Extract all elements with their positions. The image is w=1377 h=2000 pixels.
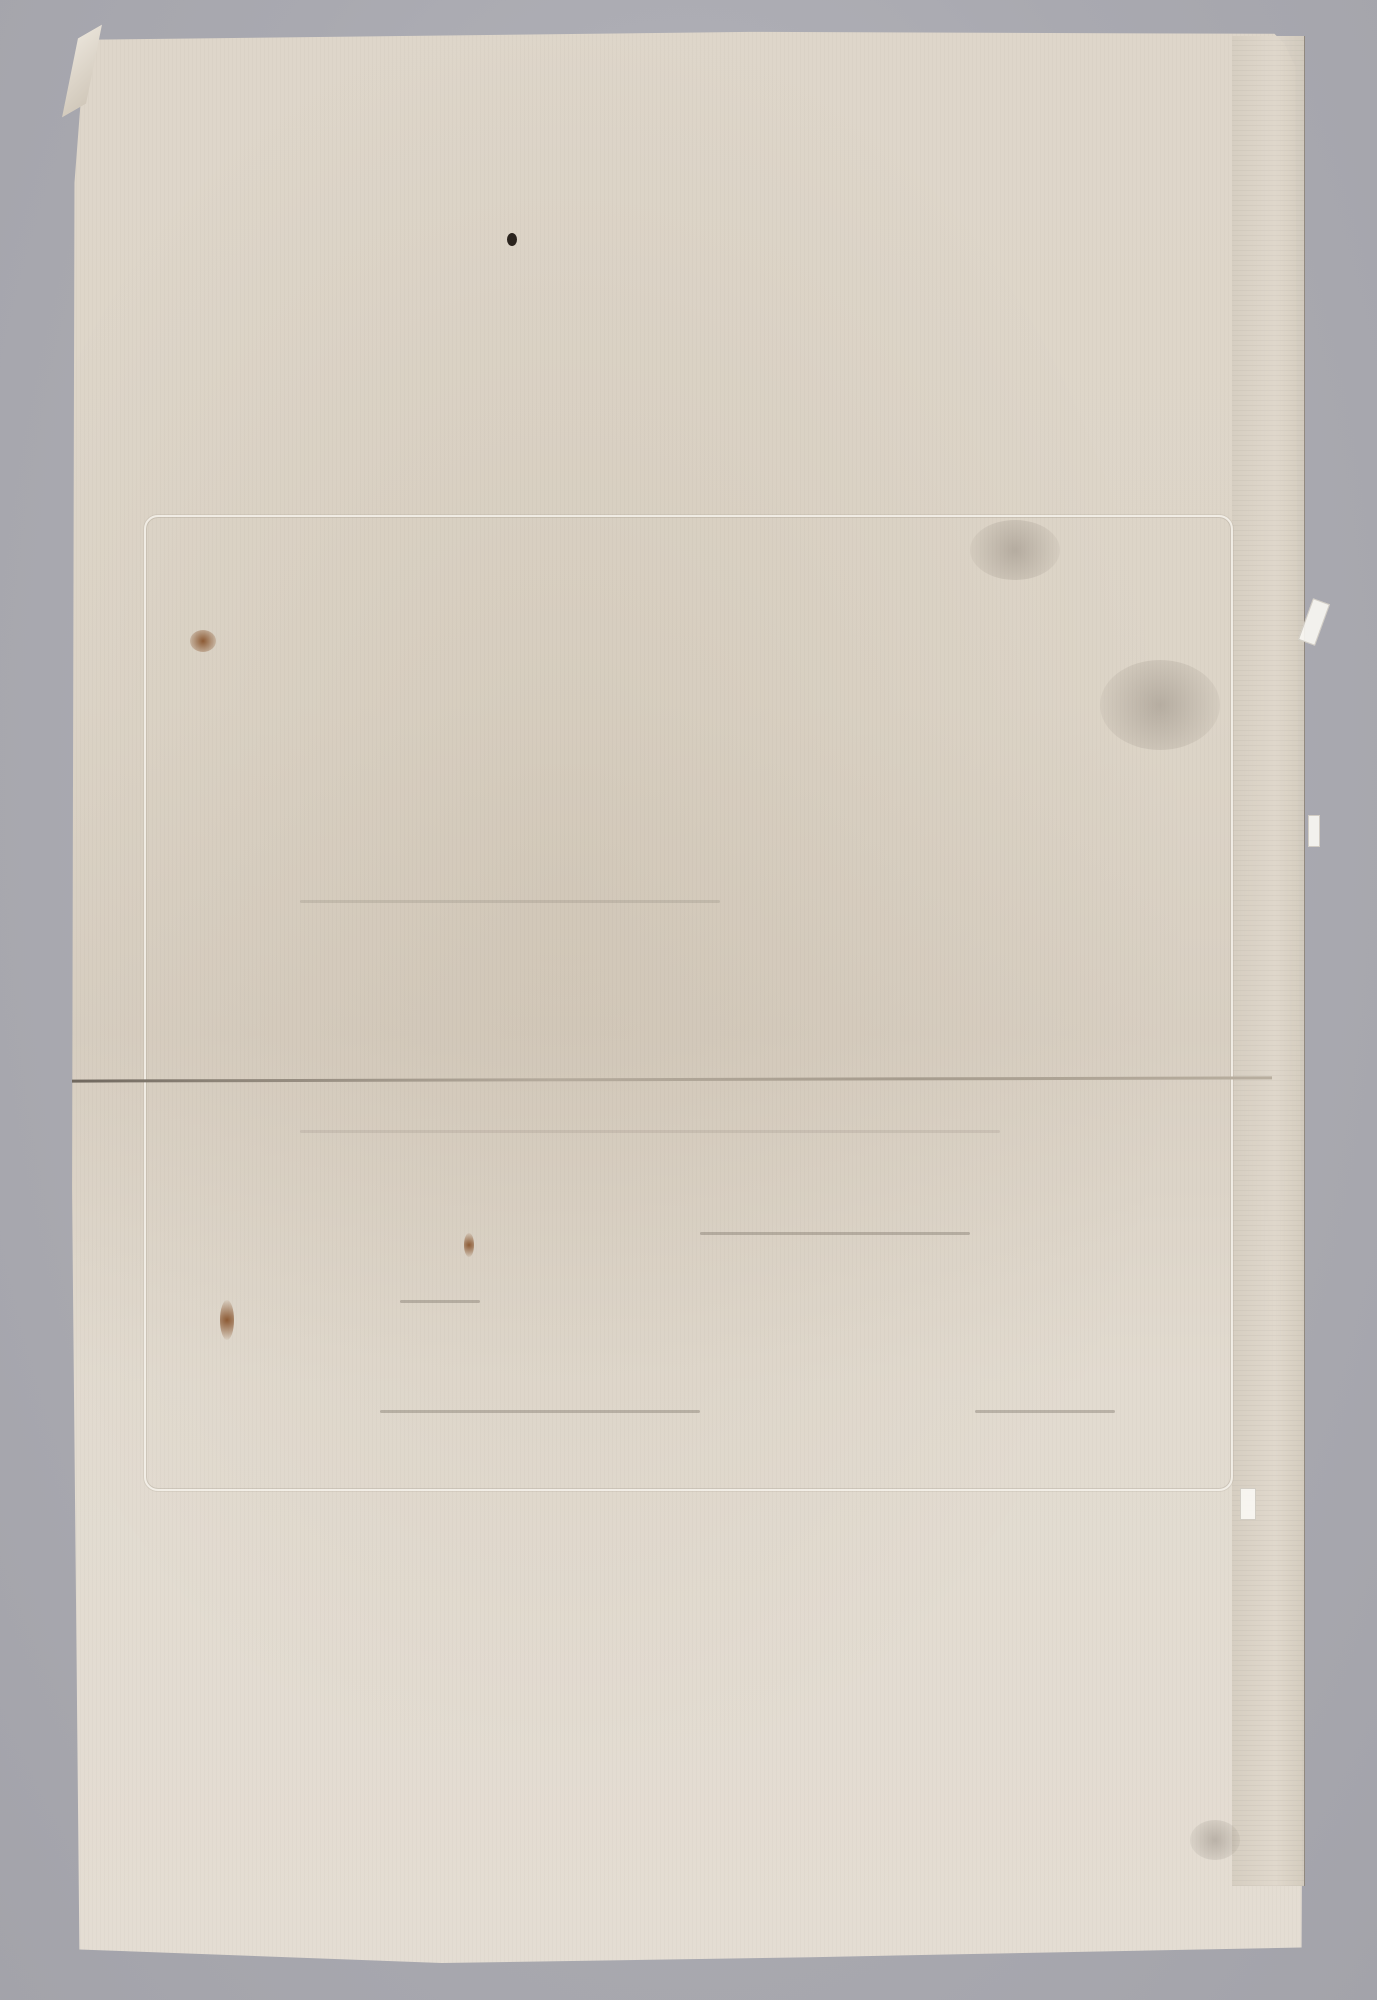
show-through-mark [400, 1300, 480, 1303]
foxing-smudge [1190, 1820, 1240, 1860]
tape-tab [1240, 1488, 1256, 1520]
rust-stain [464, 1233, 474, 1257]
ink-spot [507, 233, 517, 246]
show-through-mark [300, 1130, 1000, 1133]
rust-stain [220, 1300, 234, 1340]
rust-stain [190, 630, 216, 652]
show-through-mark [975, 1410, 1115, 1413]
show-through-mark [300, 900, 720, 903]
platemark [144, 515, 1233, 1491]
foxing-smudge [1100, 660, 1220, 750]
foxing-smudge [970, 520, 1060, 580]
show-through-mark [700, 1232, 970, 1235]
show-through-mark [380, 1410, 700, 1413]
right-edge-strip [1232, 36, 1305, 1886]
tape-tab [1308, 815, 1320, 847]
